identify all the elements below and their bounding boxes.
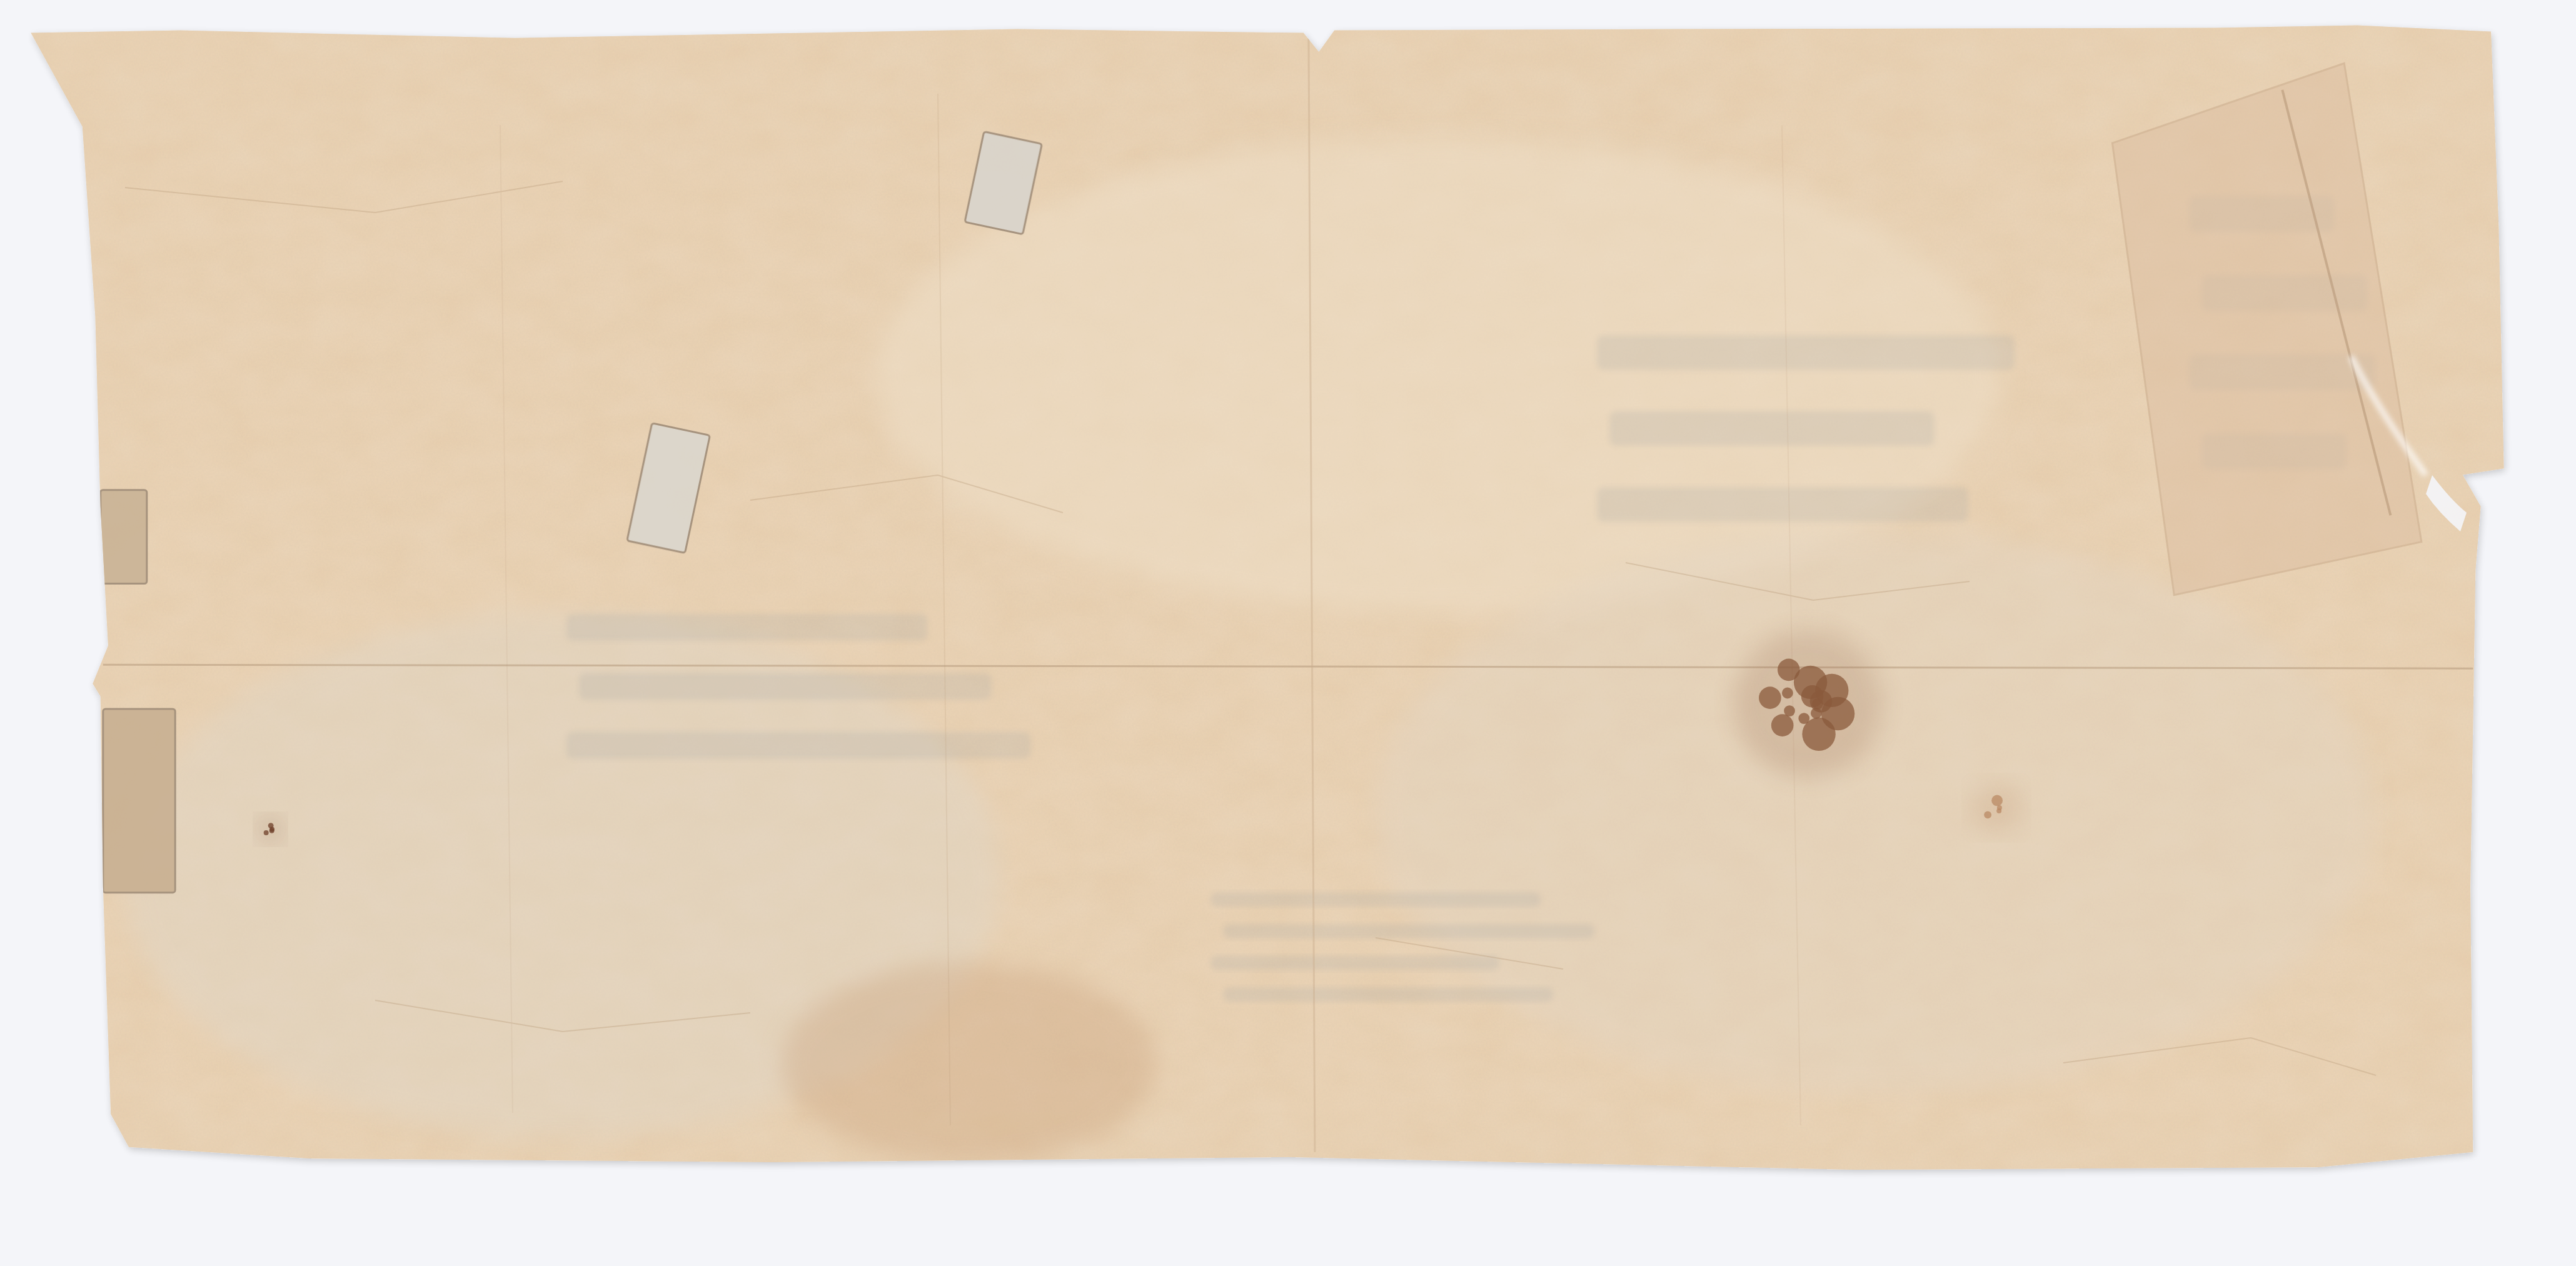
stain-spot: [1734, 630, 1883, 778]
banknote-reverse: [0, 0, 2576, 1266]
stain-spot: [1971, 783, 2021, 832]
paper-hinge: [101, 490, 147, 584]
photo-scene: [0, 0, 2576, 1266]
stain-spot: [258, 817, 283, 842]
darkened-area: [782, 963, 1157, 1163]
paper-hinge: [103, 709, 175, 893]
worn-area: [1376, 531, 2376, 1094]
